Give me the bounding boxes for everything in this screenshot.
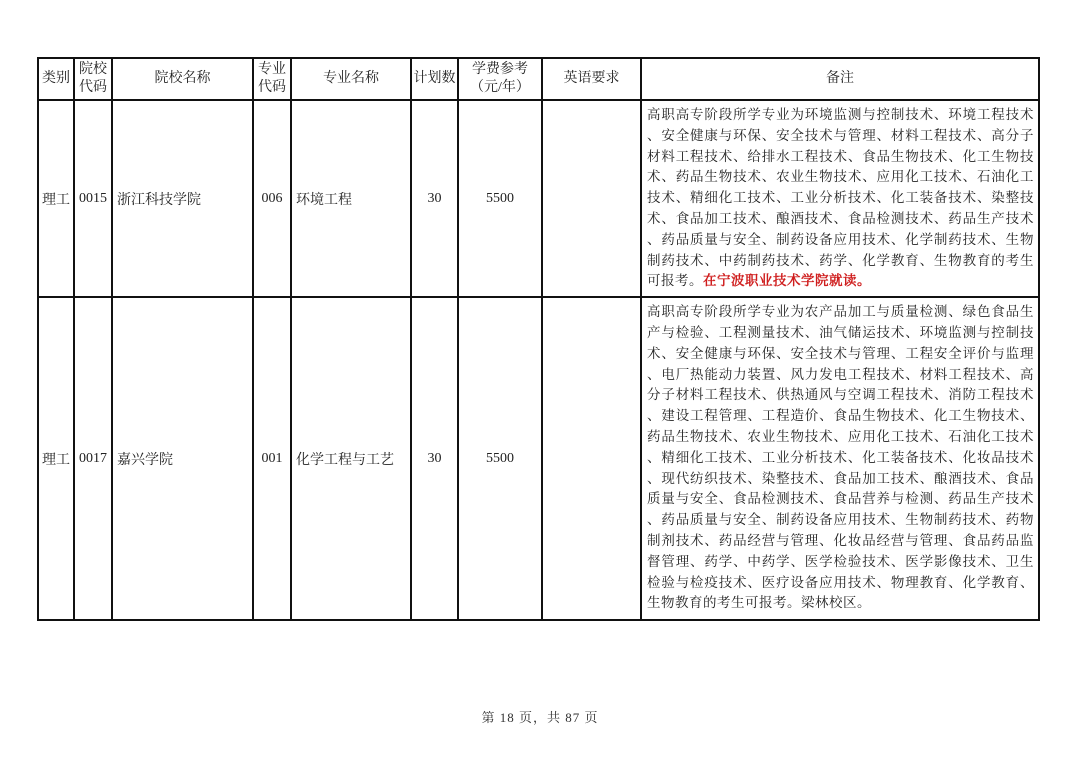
cell-tuition: 5500 xyxy=(458,100,542,297)
cell-school-code: 0017 xyxy=(74,297,112,620)
cell-major-name: 化学工程与工艺 xyxy=(291,297,411,620)
col-header-english-req: 英语要求 xyxy=(542,58,641,100)
cell-remark: 高职高专阶段所学专业为环境监测与控制技术、环境工程技术、安全健康与环保、安全技术… xyxy=(641,100,1039,297)
cell-plan-count: 30 xyxy=(411,297,458,620)
col-header-remark: 备注 xyxy=(641,58,1039,100)
col-header-major-code: 专业 代码 xyxy=(253,58,291,100)
admissions-table: 类别 院校 代码 院校名称 专业 代码 专业名称 计划数 学费参考 （元/年） … xyxy=(37,57,1040,621)
remark-body-text: 高职高专阶段所学专业为农产品加工与质量检测、绿色食品生产与检验、工程测量技术、油… xyxy=(647,304,1034,610)
header-row: 类别 院校 代码 院校名称 专业 代码 专业名称 计划数 学费参考 （元/年） … xyxy=(38,58,1039,100)
remark-paragraph: 高职高专阶段所学专业为环境监测与控制技术、环境工程技术、安全健康与环保、安全技术… xyxy=(647,105,1034,292)
cell-major-code: 006 xyxy=(253,100,291,297)
cell-plan-count: 30 xyxy=(411,100,458,297)
remark-highlight-text: 在宁波职业技术学院就读。 xyxy=(703,273,871,288)
cell-remark: 高职高专阶段所学专业为农产品加工与质量检测、绿色食品生产与检验、工程测量技术、油… xyxy=(641,297,1039,620)
col-header-tuition: 学费参考 （元/年） xyxy=(458,58,542,100)
col-header-school-name: 院校名称 xyxy=(112,58,253,100)
cell-school-name: 浙江科技学院 xyxy=(112,100,253,297)
cell-category: 理工 xyxy=(38,297,74,620)
col-header-school-code: 院校 代码 xyxy=(74,58,112,100)
page-number-footer: 第 18 页，共 87 页 xyxy=(0,707,1080,726)
col-header-category: 类别 xyxy=(38,58,74,100)
table-row: 理工 0017 嘉兴学院 001 化学工程与工艺 30 5500 高职高专阶段所… xyxy=(38,297,1039,620)
remark-body-text: 高职高专阶段所学专业为环境监测与控制技术、环境工程技术、安全健康与环保、安全技术… xyxy=(647,107,1034,288)
cell-tuition: 5500 xyxy=(458,297,542,620)
cell-english-req xyxy=(542,297,641,620)
col-header-major-name: 专业名称 xyxy=(291,58,411,100)
cell-english-req xyxy=(542,100,641,297)
table-row: 理工 0015 浙江科技学院 006 环境工程 30 5500 高职高专阶段所学… xyxy=(38,100,1039,297)
cell-school-name: 嘉兴学院 xyxy=(112,297,253,620)
cell-major-name: 环境工程 xyxy=(291,100,411,297)
document-page: 类别 院校 代码 院校名称 专业 代码 专业名称 计划数 学费参考 （元/年） … xyxy=(0,0,1080,764)
cell-school-code: 0015 xyxy=(74,100,112,297)
col-header-plan-count: 计划数 xyxy=(411,58,458,100)
cell-category: 理工 xyxy=(38,100,74,297)
remark-paragraph: 高职高专阶段所学专业为农产品加工与质量检测、绿色食品生产与检验、工程测量技术、油… xyxy=(647,302,1034,614)
cell-major-code: 001 xyxy=(253,297,291,620)
